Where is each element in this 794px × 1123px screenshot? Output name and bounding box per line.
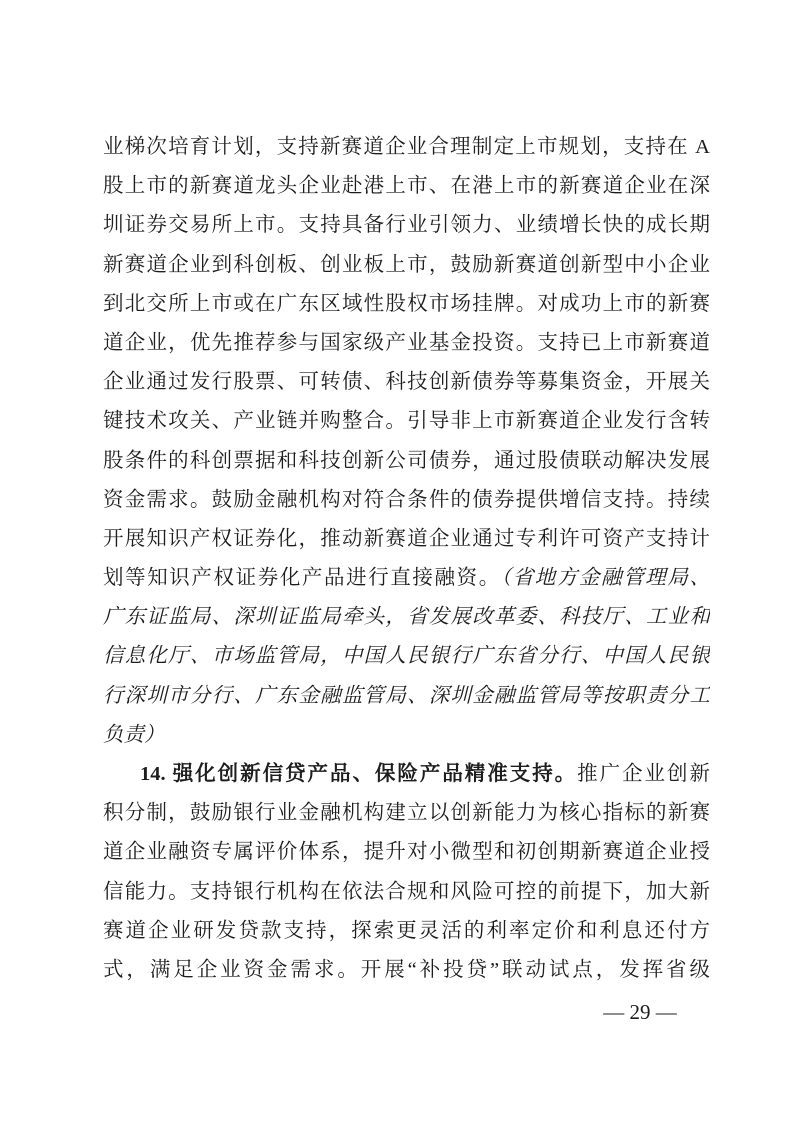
text-segment-normal: 新赛道企业到科创板、创业板上市，鼓励新赛道创新型中小企业 [103, 254, 710, 276]
text-line: 积分制，鼓励银行业金融机构建立以创新能力为核心指标的新赛 [103, 794, 710, 833]
text-segment-normal: 股条件的科创票据和科技创新公司债券，通过股债联动解决发展 [103, 450, 710, 472]
text-line: 行深圳市分行、广东金融监管局、深圳金融监管局等按职责分工 [103, 677, 710, 716]
text-segment-normal: 积分制，鼓励银行业金融机构建立以创新能力为核心指标的新赛 [103, 802, 710, 824]
page-footer: — 29 — [570, 997, 710, 1027]
text-segment-kai: （省地方金融管理局、 [501, 567, 710, 589]
text-line: 新赛道企业到科创板、创业板上市，鼓励新赛道创新型中小企业 [103, 246, 710, 285]
text-segment-normal: 圳证券交易所上市。支持具备行业引领力、业绩增长快的成长期 [103, 214, 710, 236]
text-line: 划等知识产权证券化产品进行直接融资。（省地方金融管理局、 [103, 559, 710, 598]
text-segment-normal: 划等知识产权证券化产品进行直接融资。 [103, 567, 501, 589]
body-text: 业梯次培育计划，支持新赛道企业合理制定上市规划，支持在 A股上市的新赛道龙头企业… [103, 128, 710, 990]
text-line: 信能力。支持银行机构在依法合规和风险可控的前提下，加大新 [103, 873, 710, 912]
document-page: 业梯次培育计划，支持新赛道企业合理制定上市规划，支持在 A股上市的新赛道龙头企业… [0, 0, 794, 1123]
text-segment-normal: 道企业融资专属评价体系，提升对小微型和初创期新赛道企业授 [103, 841, 710, 863]
text-line: 到北交所上市或在广东区域性股权市场挂牌。对成功上市的新赛 [103, 285, 710, 324]
text-segment-normal: 资金需求。鼓励金融机构对符合条件的债券提供增信支持。持续 [103, 489, 710, 511]
text-line: 企业通过发行股票、可转债、科技创新债券等募集资金，开展关 [103, 363, 710, 402]
text-line: 信息化厅、市场监管局，中国人民银行广东省分行、中国人民银 [103, 637, 710, 676]
text-segment-normal: 信能力。支持银行机构在依法合规和风险可控的前提下，加大新 [103, 881, 710, 903]
text-line: 圳证券交易所上市。支持具备行业引领力、业绩增长快的成长期 [103, 206, 710, 245]
text-line: 键技术攻关、产业链并购整合。引导非上市新赛道企业发行含转 [103, 402, 710, 441]
text-segment-normal: 股上市的新赛道龙头企业赴港上市、在港上市的新赛道企业在深 [103, 175, 710, 197]
text-segment-normal: 业梯次培育计划，支持新赛道企业合理制定上市规划，支持在 A [103, 136, 710, 158]
text-segment-normal: 键技术攻关、产业链并购整合。引导非上市新赛道企业发行含转 [103, 410, 710, 432]
text-segment-normal: 推广企业创新 [577, 763, 710, 785]
text-segment-normal: 道企业，优先推荐参与国家级产业基金投资。支持已上市新赛道 [103, 332, 710, 354]
text-line: 业梯次培育计划，支持新赛道企业合理制定上市规划，支持在 A [103, 128, 710, 167]
text-line: 赛道企业研发贷款支持，探索更灵活的利率定价和利息还付方 [103, 912, 710, 951]
text-line: 负责） [103, 716, 710, 755]
text-line: 股上市的新赛道龙头企业赴港上市、在港上市的新赛道企业在深 [103, 167, 710, 206]
text-line: 资金需求。鼓励金融机构对符合条件的债券提供增信支持。持续 [103, 481, 710, 520]
text-segment-kai: 广东证监局、深圳证监局牵头，省发展改革委、科技厅、工业和 [103, 606, 710, 628]
text-segment-normal: 到北交所上市或在广东区域性股权市场挂牌。对成功上市的新赛 [103, 293, 710, 315]
text-line: 14. 强化创新信贷产品、保险产品精准支持。推广企业创新 [103, 755, 710, 794]
text-line: 股条件的科创票据和科技创新公司债券，通过股债联动解决发展 [103, 442, 710, 481]
text-line: 开展知识产权证券化，推动新赛道企业通过专利许可资产支持计 [103, 520, 710, 559]
text-segment-kai: 信息化厅、市场监管局，中国人民银行广东省分行、中国人民银 [103, 645, 710, 667]
text-segment-normal: 赛道企业研发贷款支持，探索更灵活的利率定价和利息还付方 [103, 920, 710, 942]
page-number: — 29 — [603, 1000, 677, 1024]
text-segment-bold: 14. 强化创新信贷产品、保险产品精准支持。 [140, 763, 577, 785]
text-segment-kai: 负责） [103, 724, 165, 746]
text-segment-kai: 行深圳市分行、广东金融监管局、深圳金融监管局等按职责分工 [103, 685, 710, 707]
text-line: 道企业，优先推荐参与国家级产业基金投资。支持已上市新赛道 [103, 324, 710, 363]
text-segment-normal: 企业通过发行股票、可转债、科技创新债券等募集资金，开展关 [103, 371, 710, 393]
text-segment-normal: 式，满足企业资金需求。开展“补投贷”联动试点，发挥省级 [103, 959, 710, 981]
text-line: 道企业融资专属评价体系，提升对小微型和初创期新赛道企业授 [103, 833, 710, 872]
text-line: 广东证监局、深圳证监局牵头，省发展改革委、科技厅、工业和 [103, 598, 710, 637]
text-line: 式，满足企业资金需求。开展“补投贷”联动试点，发挥省级 [103, 951, 710, 990]
text-segment-normal: 开展知识产权证券化，推动新赛道企业通过专利许可资产支持计 [103, 528, 710, 550]
